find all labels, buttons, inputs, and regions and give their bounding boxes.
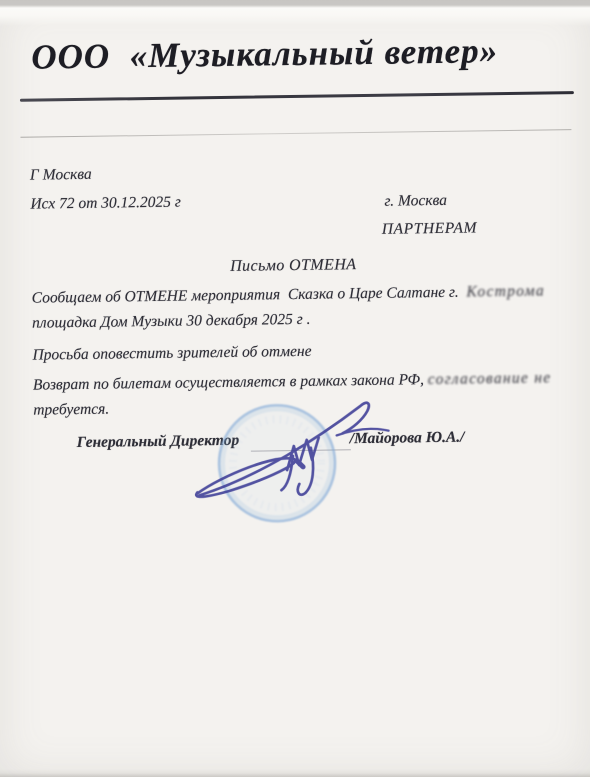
outgoing-ref: Исх 72 от 30.12.2025 г <box>30 194 181 213</box>
city-line: Г Москва <box>30 166 92 184</box>
body-refund-line-2: требуется. <box>33 401 109 419</box>
body-cancel-line-1: Сообщаем об ОТМЕНЕ мероприятия Сказка о … <box>32 283 545 307</box>
body-refund-line-1-smudged: согласование не <box>428 369 552 388</box>
header-rule-thick <box>20 91 574 102</box>
subject-line: Письмо ОТМЕНА <box>0 253 588 278</box>
body-notify-line: Просьба оповестить зрителей об отмене <box>32 343 311 364</box>
recipient-line: ПАРТНЕРАМ <box>382 219 478 237</box>
city-line-right: г. Москва <box>384 192 447 210</box>
body-cancel-line-2: площадка Дом Музыки 30 декабря 2025 г . <box>32 311 311 332</box>
header-rule-thin <box>20 129 571 138</box>
scan-edge-top <box>0 0 590 26</box>
scan-edge-bottom <box>0 769 590 777</box>
body-cancel-line-1-smudged: Кострома <box>466 283 545 301</box>
body-cancel-line-1-text: Сообщаем об ОТМЕНЕ мероприятия Сказка о … <box>32 284 467 307</box>
stamp-and-signature <box>140 388 422 557</box>
scanned-letter-page: ООО «Музыкальный ветер» Г Москва Исх 72 … <box>0 0 590 777</box>
letter-content: ООО «Музыкальный ветер» Г Москва Исх 72 … <box>0 0 590 777</box>
company-name: ООО «Музыкальный ветер» <box>31 31 498 78</box>
company-stamp-icon <box>218 404 336 522</box>
